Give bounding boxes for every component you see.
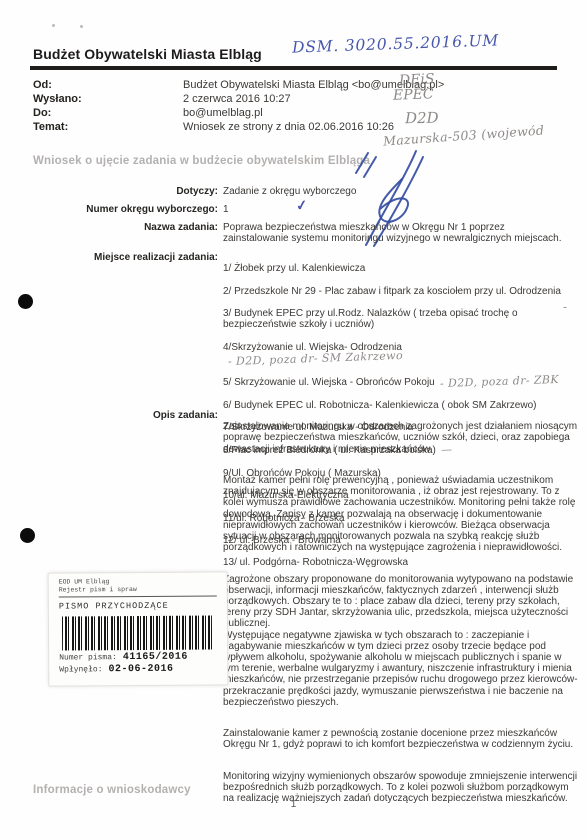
location-text: 2/ Przedszkole Nr 29 - Plac zabaw i fitp… [223, 286, 561, 297]
handwritten-case-number: DSM. 3020.55.2016.UM [292, 31, 500, 56]
hole-punch-mark [18, 294, 33, 309]
mail-field-label: Wysłano: [33, 93, 82, 105]
description-paragraph: Zainstalowanie kamer z pewnością zostani… [223, 728, 579, 750]
stamp-doc-type: PISMO PRZYCHODZĄCE [59, 600, 217, 611]
location-text: 6/ Budynek EPEC ul. Robotnicza- Kalenkie… [223, 400, 536, 411]
stamp-number-label: Numer pisma: [59, 653, 117, 662]
stamp-received-label: Wpłynęło: [59, 665, 102, 674]
document-title: Budżet Obywatelski Miasta Elbląg [33, 46, 262, 62]
form-label: Numer okręgu wyborczego: [86, 204, 218, 215]
handwritten-location-note: - D2D, poza dr- SM Zakrzewo [228, 350, 403, 367]
stamp-number-value: 41165/2016 [123, 653, 188, 662]
mail-field-label: Temat: [33, 121, 68, 133]
location-text: 1/ Żłobek przy ul. Kalenkiewicza [223, 263, 365, 274]
form-label: Opis zadania: [153, 410, 218, 421]
form-value: Zadanie z okręgu wyborczego [223, 186, 579, 197]
location-item: 1/ Żłobek przy ul. Kalenkiewicza [223, 263, 579, 274]
barcode [62, 615, 212, 650]
handwritten-location-note: - D2D, poza dr- ZBK [440, 374, 559, 389]
description-paragraph: Zagrożone obszary proponowane do monitor… [223, 574, 579, 708]
stamp-header: EOD UM Elbląg Rejestr pism i spraw [59, 577, 217, 597]
applicant-info-section-title: Informacje o wnioskodawcy [33, 784, 191, 796]
stamp-received-row: Wpłynęło: 02-06-2016 [59, 664, 217, 674]
location-text: 3/ Budynek EPEC przy ul.Rodz. Nalazków (… [223, 308, 518, 330]
handwritten-stray-dash: - [563, 300, 567, 314]
mail-field-value: Wniosek ze strony z dnia 02.06.2016 10:2… [183, 121, 394, 133]
location-item: 3/ Budynek EPEC przy ul.Rodz. Nalazków (… [223, 308, 579, 330]
form-value: Poprawa bezpieczeństwa mieszkańców w Okr… [223, 222, 579, 244]
location-item: 2/ Przedszkole Nr 29 - Plac zabaw i fitp… [223, 286, 579, 297]
description-paragraph: Montaż kamer pełni rolę prewencyjną , po… [223, 475, 579, 553]
handwritten-note-epec: EPEC [393, 86, 434, 103]
description-paragraph: Zainstalowanie monitoringu w obszarach z… [223, 421, 579, 455]
request-section-title: Wniosek o ujęcie zadania w budżecie obyw… [33, 155, 370, 167]
scan-speck [52, 24, 55, 27]
location-item: 5/ Skrzyżowanie ul. Wiejska - Obrońców P… [223, 376, 579, 388]
handwritten-checkmark: ✓ [295, 197, 309, 214]
form-label: Dotyczy: [176, 186, 218, 197]
scanned-document-page: Budżet Obywatelski Miasta Elbląg DSM. 30… [0, 0, 587, 839]
location-text: 5/ Skrzyżowanie ul. Wiejska - Obrońców P… [223, 377, 435, 388]
stamp-number-row: Numer pisma: 41165/2016 [59, 652, 217, 662]
mail-field-value: 2 czerwca 2016 10:27 [183, 93, 291, 105]
mail-field-value: bo@umelblag.pl [183, 107, 263, 119]
mail-field-to: Do: bo@umelblag.pl [0, 107, 587, 121]
task-description: Zainstalowanie monitoringu w obszarach z… [223, 410, 579, 825]
title-divider-rule [30, 66, 557, 70]
mail-field-label: Do: [33, 107, 51, 119]
form-value: 1 [223, 204, 579, 215]
scan-speck [80, 25, 83, 28]
mail-field-label: Od: [33, 79, 52, 91]
page-number: 1 [0, 799, 587, 810]
mail-field-sent: Wysłano: 2 czerwca 2016 10:27 [0, 93, 587, 107]
hole-punch-mark [20, 528, 35, 543]
location-item: 4/Skrzyżowanie ul. Wiejska- Odrodzenia- … [223, 342, 579, 365]
form-label: Nazwa zadania: [144, 222, 218, 233]
form-label: Miejsce realizacji zadania: [94, 252, 218, 263]
stamp-register-line: Rejestr pism i spraw [59, 585, 217, 594]
mail-field-from: Od: Budżet Obywatelski Miasta Elbląg <bo… [0, 79, 587, 93]
registry-stamp: EOD UM Elbląg Rejestr pism i spraw PISMO… [48, 571, 229, 686]
stamp-received-value: 02-06-2016 [108, 665, 173, 674]
handwritten-note-d2d: D2D [405, 109, 439, 128]
